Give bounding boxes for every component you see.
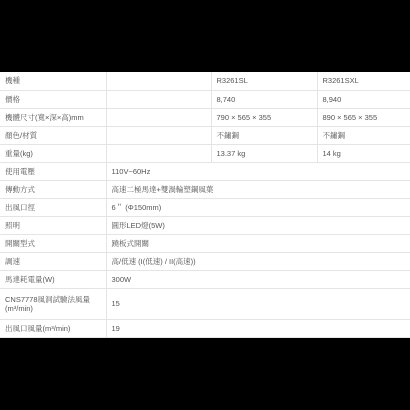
spec-value-2: R3261SXL	[317, 72, 410, 90]
spec-row-voltage: 使用電壓 110V~60Hz	[0, 162, 410, 180]
spec-value: 6＂ (Φ150mm)	[106, 198, 410, 216]
spec-label: 出風口徑	[0, 198, 106, 216]
spec-label: 機體尺寸(寬×深×高)mm	[0, 108, 106, 126]
spec-value-2: 14 kg	[317, 144, 410, 162]
spec-value-1: 不鏽鋼	[211, 126, 317, 144]
spec-label: 傳動方式	[0, 180, 106, 198]
spec-row-weight: 重量(kg) 13.37 kg 14 kg	[0, 144, 410, 162]
spec-row-outlet-diameter: 出風口徑 6＂ (Φ150mm)	[0, 198, 410, 216]
spec-label: 顏色/材質	[0, 126, 106, 144]
spec-label: 調速	[0, 252, 106, 270]
spec-label: 重量(kg)	[0, 144, 106, 162]
spec-value-2: 890 × 565 × 355	[317, 108, 410, 126]
spec-value-2: 不鏽鋼	[317, 126, 410, 144]
spec-row-material: 顏色/材質 不鏽鋼 不鏽鋼	[0, 126, 410, 144]
spec-label: CNS7778風洞試驗法風量(m³/min)	[0, 288, 106, 319]
spec-value: 高/低速 (I(低速) / II(高速))	[106, 252, 410, 270]
spec-value-1: 790 × 565 × 355	[211, 108, 317, 126]
spec-value-1: R3261SL	[211, 72, 317, 90]
spec-row-speed: 調速 高/低速 (I(低速) / II(高速))	[0, 252, 410, 270]
spec-row-dimensions: 機體尺寸(寬×深×高)mm 790 × 565 × 355 890 × 565 …	[0, 108, 410, 126]
spec-empty-cell	[106, 108, 211, 126]
spec-label: 使用電壓	[0, 162, 106, 180]
letterbox-top	[0, 0, 410, 72]
spec-value-2: 8,940	[317, 90, 410, 108]
spec-empty-cell	[106, 72, 211, 90]
spec-value-1: 8,740	[211, 90, 317, 108]
spec-row-price: 價格 8,740 8,940	[0, 90, 410, 108]
spec-label: 出風口風量(m³/min)	[0, 319, 106, 337]
spec-row-drive: 傳動方式 高速二極馬達+雙渦輪塑鋼風葉	[0, 180, 410, 198]
spec-empty-cell	[106, 90, 211, 108]
spec-label: 馬達耗電量(W)	[0, 270, 106, 288]
letterbox-bottom	[0, 338, 410, 410]
spec-table-container: 機種 R3261SL R3261SXL 價格 8,740 8,940 機體尺寸(…	[0, 72, 410, 338]
spec-empty-cell	[106, 144, 211, 162]
spec-empty-cell	[106, 126, 211, 144]
spec-label: 價格	[0, 90, 106, 108]
spec-value: 蹺板式開關	[106, 234, 410, 252]
spec-value: 19	[106, 319, 410, 337]
spec-table: 機種 R3261SL R3261SXL 價格 8,740 8,940 機體尺寸(…	[0, 72, 410, 338]
spec-row-model: 機種 R3261SL R3261SXL	[0, 72, 410, 90]
spec-row-outlet-airflow: 出風口風量(m³/min) 19	[0, 319, 410, 337]
spec-value: 300W	[106, 270, 410, 288]
spec-value-1: 13.37 kg	[211, 144, 317, 162]
spec-row-motor-power: 馬達耗電量(W) 300W	[0, 270, 410, 288]
spec-row-cns-airflow: CNS7778風洞試驗法風量(m³/min) 15	[0, 288, 410, 319]
spec-label: 照明	[0, 216, 106, 234]
spec-value: 15	[106, 288, 410, 319]
spec-value: 高速二極馬達+雙渦輪塑鋼風葉	[106, 180, 410, 198]
spec-value: 圓形LED燈(5W)	[106, 216, 410, 234]
spec-value: 110V~60Hz	[106, 162, 410, 180]
spec-label: 開關型式	[0, 234, 106, 252]
spec-row-lighting: 照明 圓形LED燈(5W)	[0, 216, 410, 234]
spec-row-switch-type: 開關型式 蹺板式開關	[0, 234, 410, 252]
spec-label: 機種	[0, 72, 106, 90]
